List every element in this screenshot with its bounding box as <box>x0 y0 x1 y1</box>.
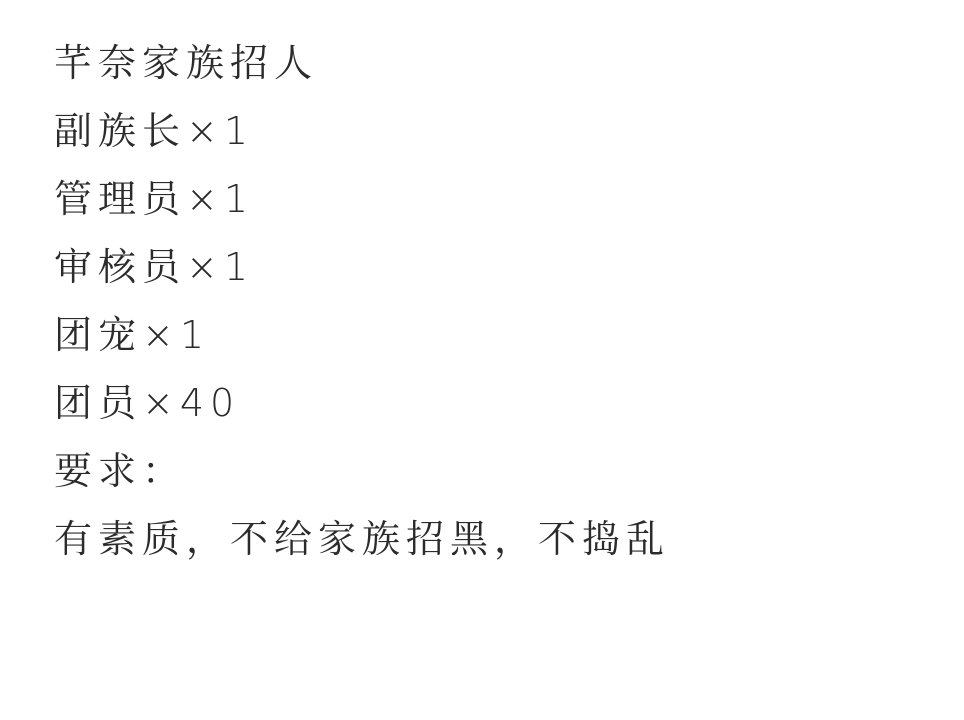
heading-recruitment: 芊奈家族招人 <box>54 34 670 102</box>
role-vice-leader: 副族长×1 <box>54 102 670 170</box>
role-reviewer: 审核员×1 <box>54 238 670 306</box>
role-member: 团员×40 <box>54 374 670 442</box>
role-group-pet: 团宠×1 <box>54 306 670 374</box>
requirements-label: 要求： <box>54 442 670 510</box>
role-administrator: 管理员×1 <box>54 170 670 238</box>
note-page: 芊奈家族招人 副族长×1 管理员×1 审核员×1 团宠×1 团员×40 要求： … <box>0 0 964 720</box>
requirements-text: 有素质，不给家族招黑，不捣乱 <box>54 510 670 578</box>
note-text-block: 芊奈家族招人 副族长×1 管理员×1 审核员×1 团宠×1 团员×40 要求： … <box>54 34 670 578</box>
